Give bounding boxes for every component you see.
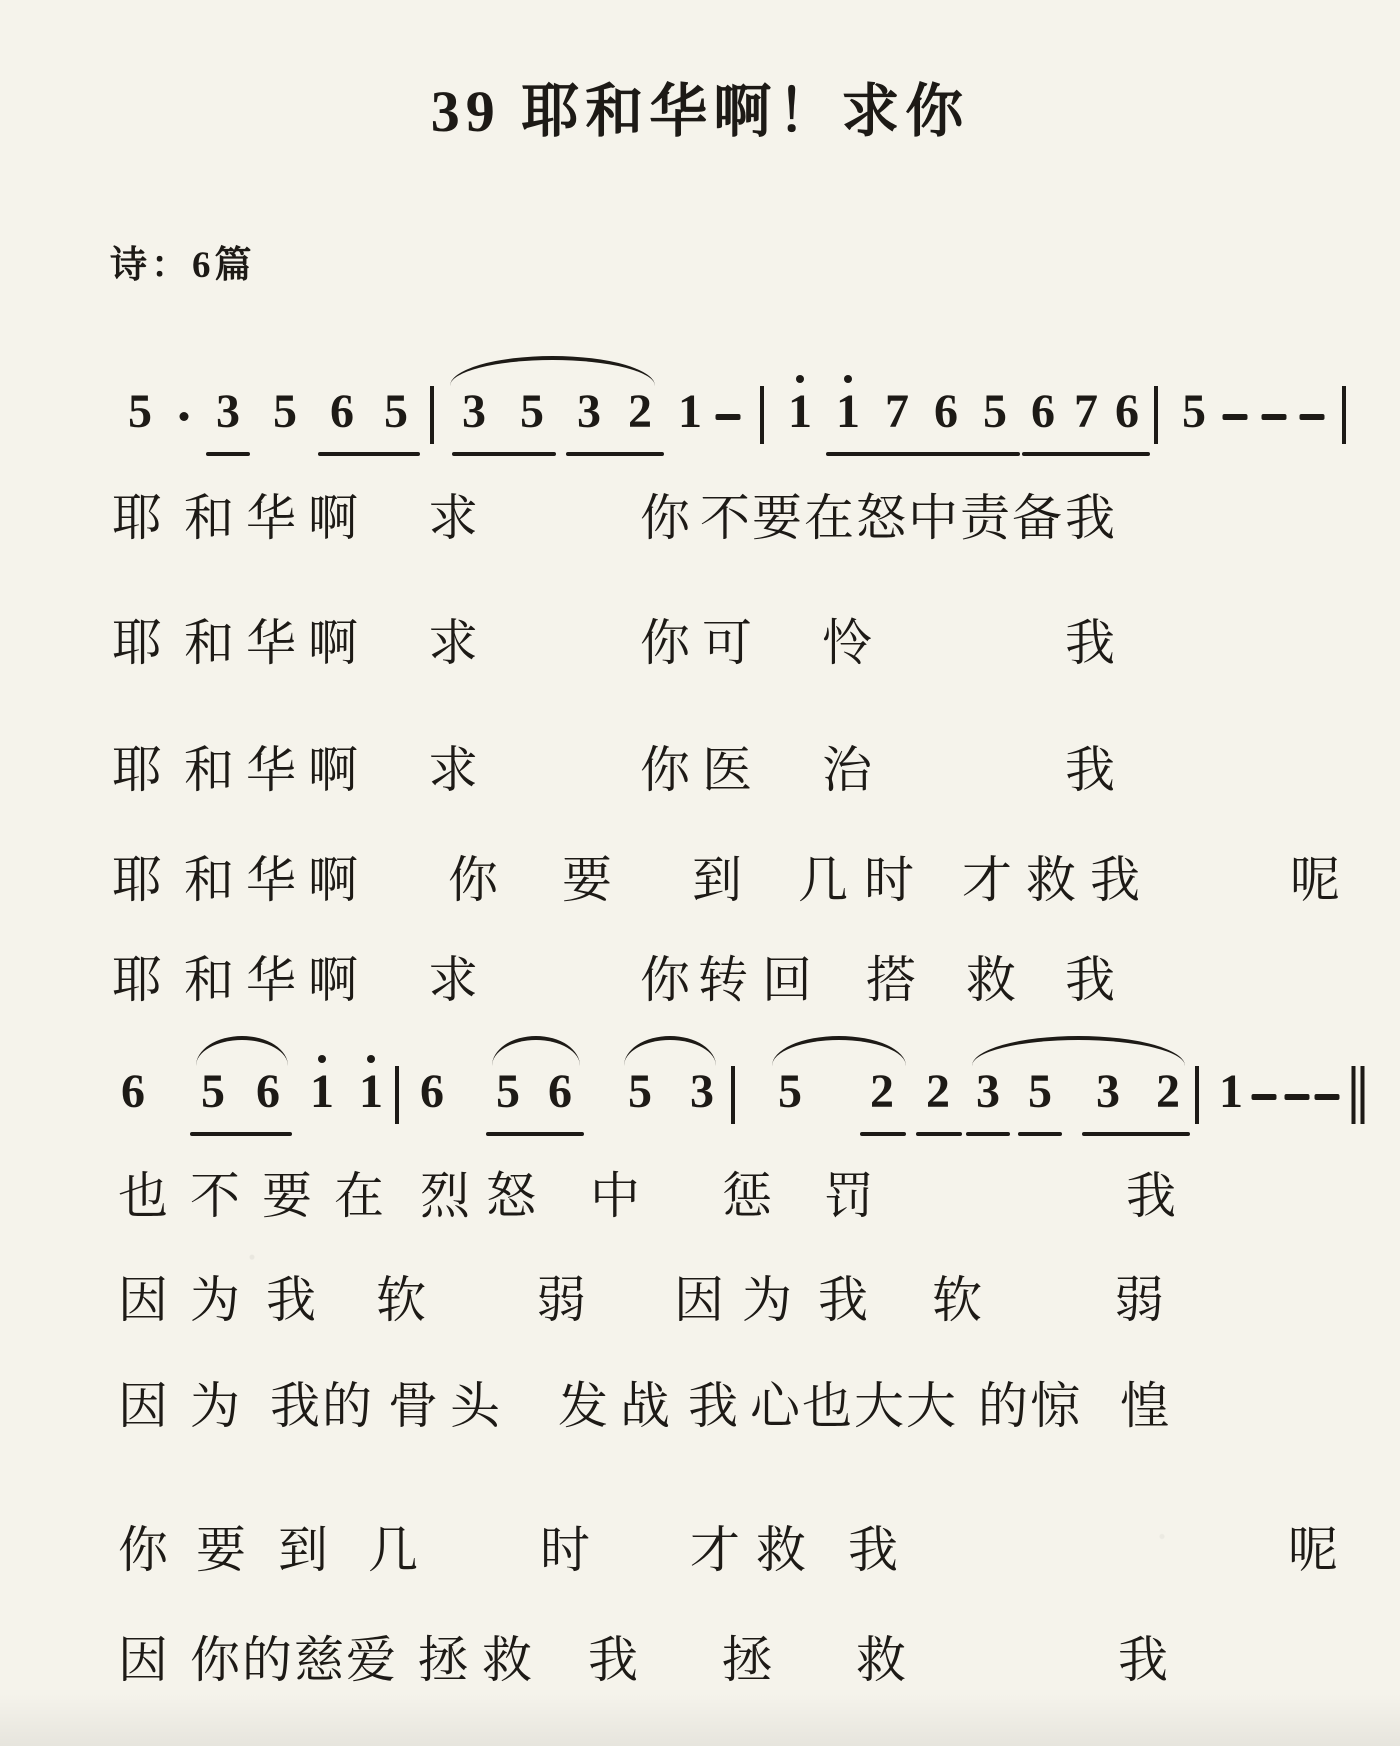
lyric-char: 救 (482, 1632, 532, 1690)
lyric-char: 治 (822, 742, 872, 800)
lyric-char: 因 (674, 1272, 724, 1330)
note: 3 (690, 1068, 714, 1116)
note: 3 (976, 1068, 1000, 1116)
lyric-char: 我 (688, 1378, 738, 1436)
note: 2 (926, 1068, 950, 1116)
slur (196, 1036, 288, 1066)
lyric-char: 搭 (866, 952, 916, 1010)
beam-underline (452, 452, 556, 456)
lyric-char: 和 (184, 615, 234, 673)
lyric-char: 华 (246, 852, 296, 910)
lyric-char: 呢 (1288, 1522, 1338, 1580)
sheet-music-page: 39 耶和华啊！求你 诗：6篇 5356535321117656765 耶和华啊… (0, 0, 1400, 1746)
lyric-char: 到 (278, 1522, 328, 1580)
lyric-char: 为 (190, 1272, 240, 1330)
beam-underline (1022, 452, 1150, 456)
lyric-char: 战 (620, 1378, 670, 1436)
lyric-char: 你 (640, 952, 690, 1010)
lyric-char: 我 (1065, 952, 1115, 1010)
beam-underline (966, 1132, 1010, 1136)
beam-underline (318, 452, 420, 456)
lyric-row: 耶和华啊求你可怜我 (0, 615, 1400, 677)
lyric-row: 耶和华啊求你转回搭救我 (0, 952, 1400, 1014)
lyric-char: 救 (1026, 852, 1076, 910)
duration-dash (1223, 414, 1248, 420)
lyric-char: 你 (190, 1632, 240, 1690)
lyric-char: 医 (702, 742, 752, 800)
lyric-char: 华 (246, 952, 296, 1010)
lyric-char: 我 (1065, 615, 1115, 673)
beam-underline (826, 452, 1020, 456)
lyric-char: 的 (322, 1378, 372, 1436)
note: 2 (870, 1068, 894, 1116)
lyric-char: 我 (270, 1378, 320, 1436)
barline (395, 1066, 399, 1124)
lyric-char: 转 (698, 952, 748, 1010)
note: 3 (1096, 1068, 1120, 1116)
lyric-char: 我 (266, 1272, 316, 1330)
lyric-char: 惊 (1030, 1378, 1080, 1436)
beam-underline (566, 452, 664, 456)
dot-after-note (180, 412, 189, 421)
barline (1195, 1066, 1199, 1124)
note: 6 (548, 1068, 572, 1116)
lyric-char: 啊 (308, 742, 358, 800)
lyric-char: 拯 (418, 1632, 468, 1690)
lyric-char: 骨 (388, 1378, 438, 1436)
note: 6 (1031, 388, 1055, 436)
note: 2 (1156, 1068, 1180, 1116)
lyric-char: 和 (184, 742, 234, 800)
lyric-char: 几 (798, 852, 848, 910)
note: 6 (934, 388, 958, 436)
lyric-char: 啊 (308, 852, 358, 910)
octave-dot (844, 375, 852, 383)
lyric-char: 才 (962, 852, 1012, 910)
lyric-char: 到 (692, 852, 742, 910)
lyric-char: 怜 (822, 615, 872, 673)
beam-underline (190, 1132, 292, 1136)
beam-underline (860, 1132, 906, 1136)
lyric-char: 回 (762, 952, 812, 1010)
lyric-char: 啊 (308, 952, 358, 1010)
note: 6 (256, 1068, 280, 1116)
beam-underline (206, 452, 250, 456)
lyric-char: 求 (428, 615, 478, 673)
duration-dash (1315, 1094, 1340, 1100)
lyric-char: 可 (702, 615, 752, 673)
note: 1 (1219, 1068, 1243, 1116)
lyric-char: 求 (428, 952, 478, 1010)
notation-line-2: 656116565352235321 (0, 1040, 1400, 1180)
note: 6 (330, 388, 354, 436)
page-title: 39 耶和华啊！求你 (0, 64, 1400, 148)
lyric-char: 弱 (1114, 1272, 1164, 1330)
duration-dash (1300, 414, 1325, 420)
lyric-char: 我 (1065, 742, 1115, 800)
lyric-char: 华 (246, 615, 296, 673)
note: 6 (420, 1068, 444, 1116)
barline (1342, 386, 1346, 444)
note: 6 (121, 1068, 145, 1116)
note: 5 (496, 1068, 520, 1116)
lyric-char: 耶 (112, 952, 162, 1010)
lyric-row: 因你的慈爱拯救我拯救我 (0, 1632, 1400, 1694)
lyric-char: 爱 (346, 1632, 396, 1690)
lyric-char: 要 (196, 1522, 246, 1580)
beam-underline (1018, 1132, 1062, 1136)
lyric-char: 因 (118, 1378, 168, 1436)
note: 5 (384, 388, 408, 436)
note: 5 (778, 1068, 802, 1116)
lyric-char: 时 (864, 852, 914, 910)
barline (760, 386, 764, 444)
lyric-char: 拯 (722, 1632, 772, 1690)
lyric-char: 几 (368, 1522, 418, 1580)
lyric-char: 我 (848, 1522, 898, 1580)
note: 1 (678, 388, 702, 436)
note: 5 (520, 388, 544, 436)
lyric-char: 时 (540, 1522, 590, 1580)
note: 5 (1028, 1068, 1052, 1116)
lyric-row: 耶和华啊你要到几时才救我呢 (0, 852, 1400, 914)
lyric-char: 头 (450, 1378, 500, 1436)
lyric-char: 你 (640, 742, 690, 800)
lyric-char: 你 (448, 852, 498, 910)
note: 3 (216, 388, 240, 436)
beam-underline (486, 1132, 584, 1136)
note: 5 (628, 1068, 652, 1116)
lyric-char: 因 (118, 1272, 168, 1330)
psalm-reference: 诗：6篇 (110, 234, 256, 288)
lyric-char: 你 (118, 1522, 168, 1580)
lyric-row: 因为我的骨头发战我心也大大的惊惶 (0, 1378, 1400, 1440)
note: 6 (1115, 388, 1139, 436)
slur (772, 1036, 906, 1066)
note: 1 (836, 388, 860, 436)
lyric-char: 耶 (112, 742, 162, 800)
lyric-char: 因 (118, 1632, 168, 1690)
lyric-char: 的 (242, 1632, 292, 1690)
slur (972, 1036, 1185, 1066)
slur (450, 356, 655, 386)
lyric-char: 和 (184, 852, 234, 910)
lyric-char: 为 (190, 1378, 240, 1436)
slur (624, 1036, 716, 1066)
note: 3 (577, 388, 601, 436)
lyric-char: 惶 (1120, 1378, 1170, 1436)
lyric-char: 大 (906, 1378, 956, 1436)
lyric-char: 软 (376, 1272, 426, 1330)
note: 5 (983, 388, 1007, 436)
lyric-row: 因为我软弱因为我软弱 (0, 1272, 1400, 1334)
note: 7 (1074, 388, 1098, 436)
lyric-char: 救 (856, 1632, 906, 1690)
lyric-char: 也 (802, 1378, 852, 1436)
lyric-row: 耶和华啊求你医治我 (0, 742, 1400, 804)
note: 3 (462, 388, 486, 436)
octave-dot (796, 375, 804, 383)
note: 2 (628, 388, 652, 436)
duration-dash (716, 414, 741, 420)
lyric-char: 我 (588, 1632, 638, 1690)
lyric-char: 救 (756, 1522, 806, 1580)
duration-dash (1285, 1094, 1310, 1100)
note: 5 (201, 1068, 225, 1116)
double-barline (1352, 1066, 1365, 1124)
lyric-char: 慈 (294, 1632, 344, 1690)
note: 5 (273, 388, 297, 436)
lyric-char: 心 (750, 1378, 800, 1436)
slur (492, 1036, 580, 1066)
lyric-char: 的 (978, 1378, 1028, 1436)
lyric-char: 我 (1090, 852, 1140, 910)
lyric-char: 要 (562, 852, 612, 910)
lyric-char: 才 (690, 1522, 740, 1580)
duration-dash (1262, 414, 1287, 420)
lyric-char: 弱 (536, 1272, 586, 1330)
octave-dot (367, 1055, 375, 1063)
lyric-char: 我 (1118, 1632, 1168, 1690)
lyric-char: 啊 (308, 615, 358, 673)
lyric-char: 发 (558, 1378, 608, 1436)
barline (430, 386, 434, 444)
note: 1 (788, 388, 812, 436)
lyric-row: 你要到几时才救我呢 (0, 1522, 1400, 1584)
note: 7 (885, 388, 909, 436)
lyric-char: 为 (742, 1272, 792, 1330)
lyric-char: 求 (428, 742, 478, 800)
lyric-char: 我 (818, 1272, 868, 1330)
lyric-char: 软 (932, 1272, 982, 1330)
note: 5 (128, 388, 152, 436)
note: 1 (310, 1068, 334, 1116)
lyric-char: 耶 (112, 852, 162, 910)
octave-dot (318, 1055, 326, 1063)
duration-dash (1252, 1094, 1277, 1100)
lyric-char: 救 (966, 952, 1016, 1010)
notation-line-1: 5356535321117656765 (0, 360, 1400, 500)
barline (1154, 386, 1158, 444)
lyric-char: 耶 (112, 615, 162, 673)
lyric-char: 和 (184, 952, 234, 1010)
lyric-char: 你 (640, 615, 690, 673)
note: 1 (359, 1068, 383, 1116)
beam-underline (916, 1132, 962, 1136)
note: 5 (1182, 388, 1206, 436)
lyric-char: 呢 (1290, 852, 1340, 910)
beam-underline (1082, 1132, 1190, 1136)
lyric-char: 华 (246, 742, 296, 800)
lyric-char: 大 (854, 1378, 904, 1436)
barline (731, 1066, 735, 1124)
